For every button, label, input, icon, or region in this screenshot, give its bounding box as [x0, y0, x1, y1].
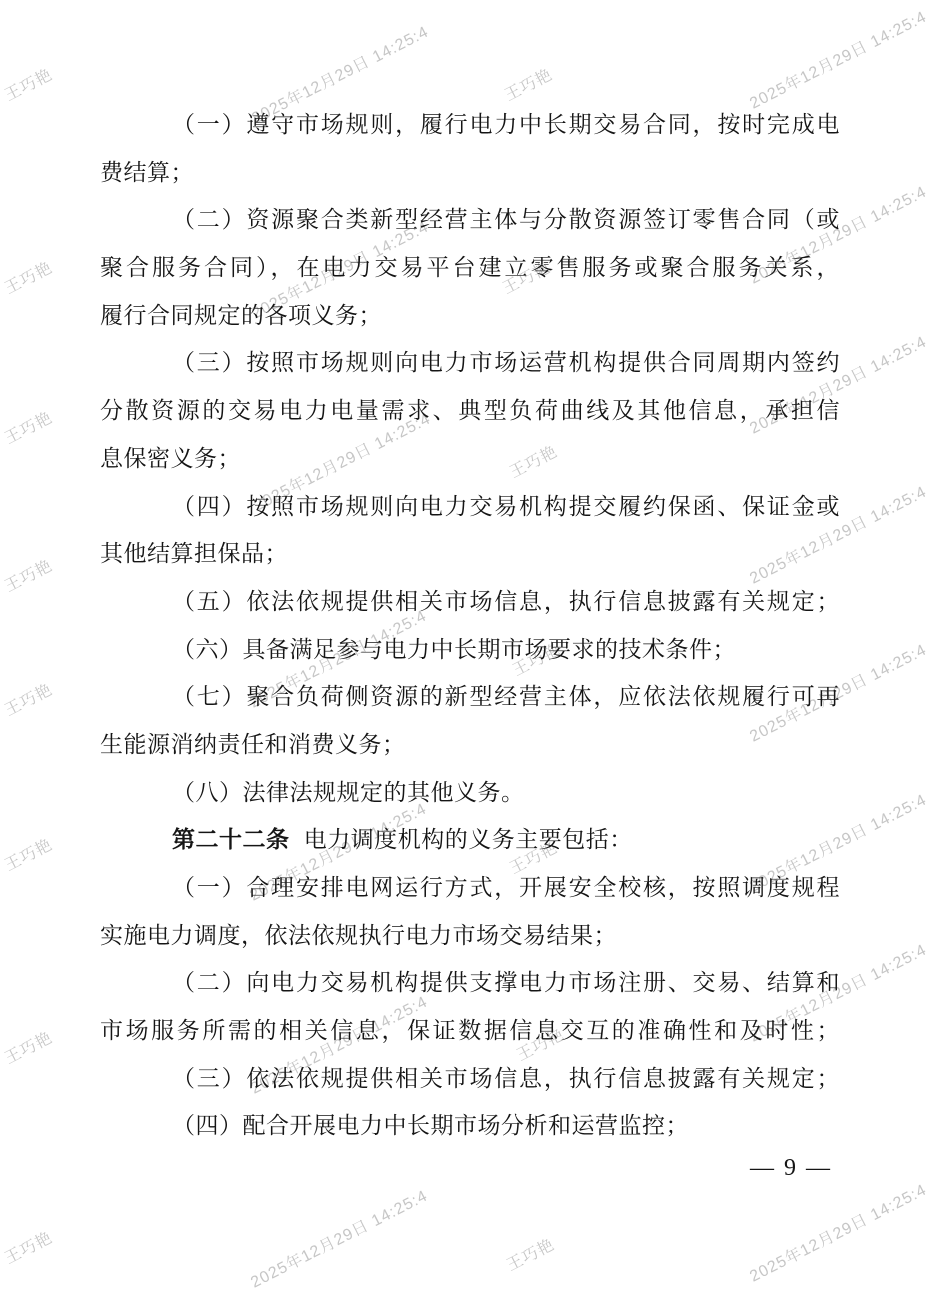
text-line: 聚合服务合同），在电力交易平台建立零售服务或聚合服务关系，: [100, 244, 840, 292]
watermark-name: 王巧艳: [0, 553, 56, 597]
text-line: （四）按照市场规则向电力交易机构提交履约保函、保证金或: [100, 483, 840, 531]
watermark-name: 王巧艳: [0, 1025, 56, 1069]
text-line: （八）法律法规规定的其他义务。: [100, 769, 840, 817]
text-line: 履行合同规定的各项义务；: [100, 292, 840, 340]
text-line: （一）遵守市场规则，履行电力中长期交易合同，按时完成电: [100, 101, 840, 149]
text-line: （三）按照市场规则向电力市场运营机构提供合同周期内签约: [100, 339, 840, 387]
watermark-name: 王巧艳: [0, 832, 56, 876]
text-line: 市场服务所需的相关信息，保证数据信息交互的准确性和及时性；: [100, 1007, 840, 1055]
watermark-timestamp: 2025年12月29日 14:25:4: [745, 4, 930, 113]
watermark-name: 王巧艳: [0, 62, 56, 106]
text-line: 息保密义务；: [100, 435, 840, 483]
watermark-name: 王巧艳: [502, 1232, 558, 1276]
document-lines: （一）遵守市场规则，履行电力中长期交易合同，按时完成电费结算；（二）资源聚合类新…: [100, 101, 840, 1150]
text-line: 实施电力调度，依法依规执行电力市场交易结果；: [100, 912, 840, 960]
watermark-name: 王巧艳: [500, 62, 556, 106]
document-page: 王巧艳王巧艳王巧艳王巧艳王巧艳王巧艳王巧艳王巧艳王巧艳王巧艳王巧艳王巧艳王巧艳王…: [0, 0, 930, 1295]
text-line: （二）向电力交易机构提供支撑电力市场注册、交易、结算和: [100, 959, 840, 1007]
text-line: （五）依法依规提供相关市场信息，执行信息披露有关规定；: [100, 578, 840, 626]
article-number: 第二十二条: [172, 826, 290, 852]
text-line: （一）合理安排电网运行方式，开展安全校核，按照调度规程: [100, 864, 840, 912]
watermark-name: 王巧艳: [0, 255, 56, 299]
text-line: 费结算；: [100, 149, 840, 197]
watermark-timestamp: 2025年12月29日 14:25:4: [745, 1177, 930, 1286]
page-number: — 9 —: [750, 1155, 832, 1182]
text-line: （三）依法依规提供相关市场信息，执行信息披露有关规定；: [100, 1055, 840, 1103]
watermark-name: 王巧艳: [0, 405, 56, 449]
watermark-name: 王巧艳: [0, 677, 56, 721]
text-line: 其他结算担保品；: [100, 530, 840, 578]
watermark-timestamp: 2025年12月29日 14:25:4: [246, 1183, 431, 1292]
text-line: 第二十二条 电力调度机构的义务主要包括：: [100, 816, 840, 864]
text-line: （四）配合开展电力中长期市场分析和运营监控；: [100, 1102, 840, 1150]
text-line: （七）聚合负荷侧资源的新型经营主体，应依法依规履行可再: [100, 673, 840, 721]
text-line: （六）具备满足参与电力中长期市场要求的技术条件；: [100, 626, 840, 674]
text-line: 生能源消纳责任和消费义务；: [100, 721, 840, 769]
text-line: 分散资源的交易电力电量需求、典型负荷曲线及其他信息，承担信: [100, 387, 840, 435]
watermark-name: 王巧艳: [0, 1225, 56, 1269]
text-line: （二）资源聚合类新型经营主体与分散资源签订零售合同（或: [100, 196, 840, 244]
